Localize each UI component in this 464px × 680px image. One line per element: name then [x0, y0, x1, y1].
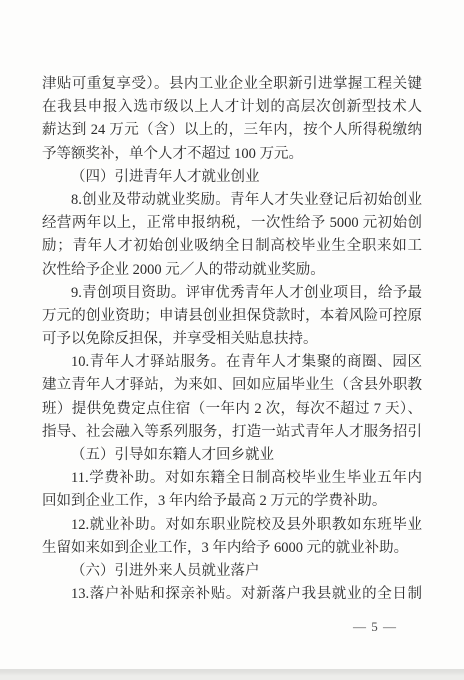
page-number: — 5 —	[353, 619, 397, 635]
text-line: 指导、社会融入等系列服务，打造一站式青年人才服务招引平台。	[42, 421, 422, 444]
text-line: 予等额奖补，单个人才不超过 100 万元。	[42, 143, 422, 166]
text-line: 津贴可重复享受）。县内工业企业全职新引进掌握工程关键技术、	[42, 73, 422, 96]
page-bottom-edge	[0, 669, 464, 680]
text-line: 9.青创项目资助。评审优秀青年人才创业项目，给予最高 20	[42, 282, 422, 305]
document-body: 津贴可重复享受）。县内工业企业全职新引进掌握工程关键技术、在我县申报入选市级以上…	[42, 73, 422, 606]
text-line: 8.创业及带动就业奖励。青年人才失业登记后初始创业稳定	[42, 189, 422, 212]
text-line: （五）引导如东籍人才回乡就业	[42, 444, 422, 467]
text-line: 回如到企业工作，3 年内给予最高 2 万元的学费补助。	[42, 490, 422, 513]
text-line: 11.学费补助。对如东籍全日制高校毕业生毕业五年内全职	[42, 467, 422, 490]
text-line: 建立青年人才驿站，为来如、回如应届毕业生（含县外职教如东	[42, 374, 422, 397]
text-line: 在我县申报入选市级以上人才计划的高层次创新型技术人才，年	[42, 96, 422, 119]
text-line: 薪达到 24 万元（含）以上的，三年内，按个人所得税缴纳额给	[42, 119, 422, 142]
text-line: 万元的创业资助；申请县创业担保贷款时，本着风险可控原则，	[42, 305, 422, 328]
text-line: 班）提供免费定点住宿（一年内 2 次，每次不超过 7 天）、就业	[42, 398, 422, 421]
document-page: 津贴可重复享受）。县内工业企业全职新引进掌握工程关键技术、在我县申报入选市级以上…	[0, 0, 464, 680]
text-line: 10.青年人才驿站服务。在青年人才集聚的商圈、园区等地	[42, 351, 422, 374]
text-line: （四）引进青年人才就业创业	[42, 166, 422, 189]
text-line: 生留如来如到企业工作，3 年内给予 6000 元的就业补助。	[42, 537, 422, 560]
text-line: 次性给予企业 2000 元／人的带动就业奖励。	[42, 259, 422, 282]
text-line: 13.落户补贴和探亲补贴。对新落户我县就业的全日制高校	[42, 583, 422, 606]
text-line: 12.就业补助。对如东职业院校及县外职教如东班毕业的学	[42, 514, 422, 537]
text-line: 经营两年以上，正常申报纳税，一次性给予 5000 元初始创业奖	[42, 212, 422, 235]
text-line: （六）引进外来人员就业落户	[42, 560, 422, 583]
text-line: 励；青年人才初始创业吸纳全日制高校毕业生全职来如工作，一	[42, 235, 422, 258]
text-line: 可予以免除反担保，并享受相关贴息扶持。	[42, 328, 422, 351]
